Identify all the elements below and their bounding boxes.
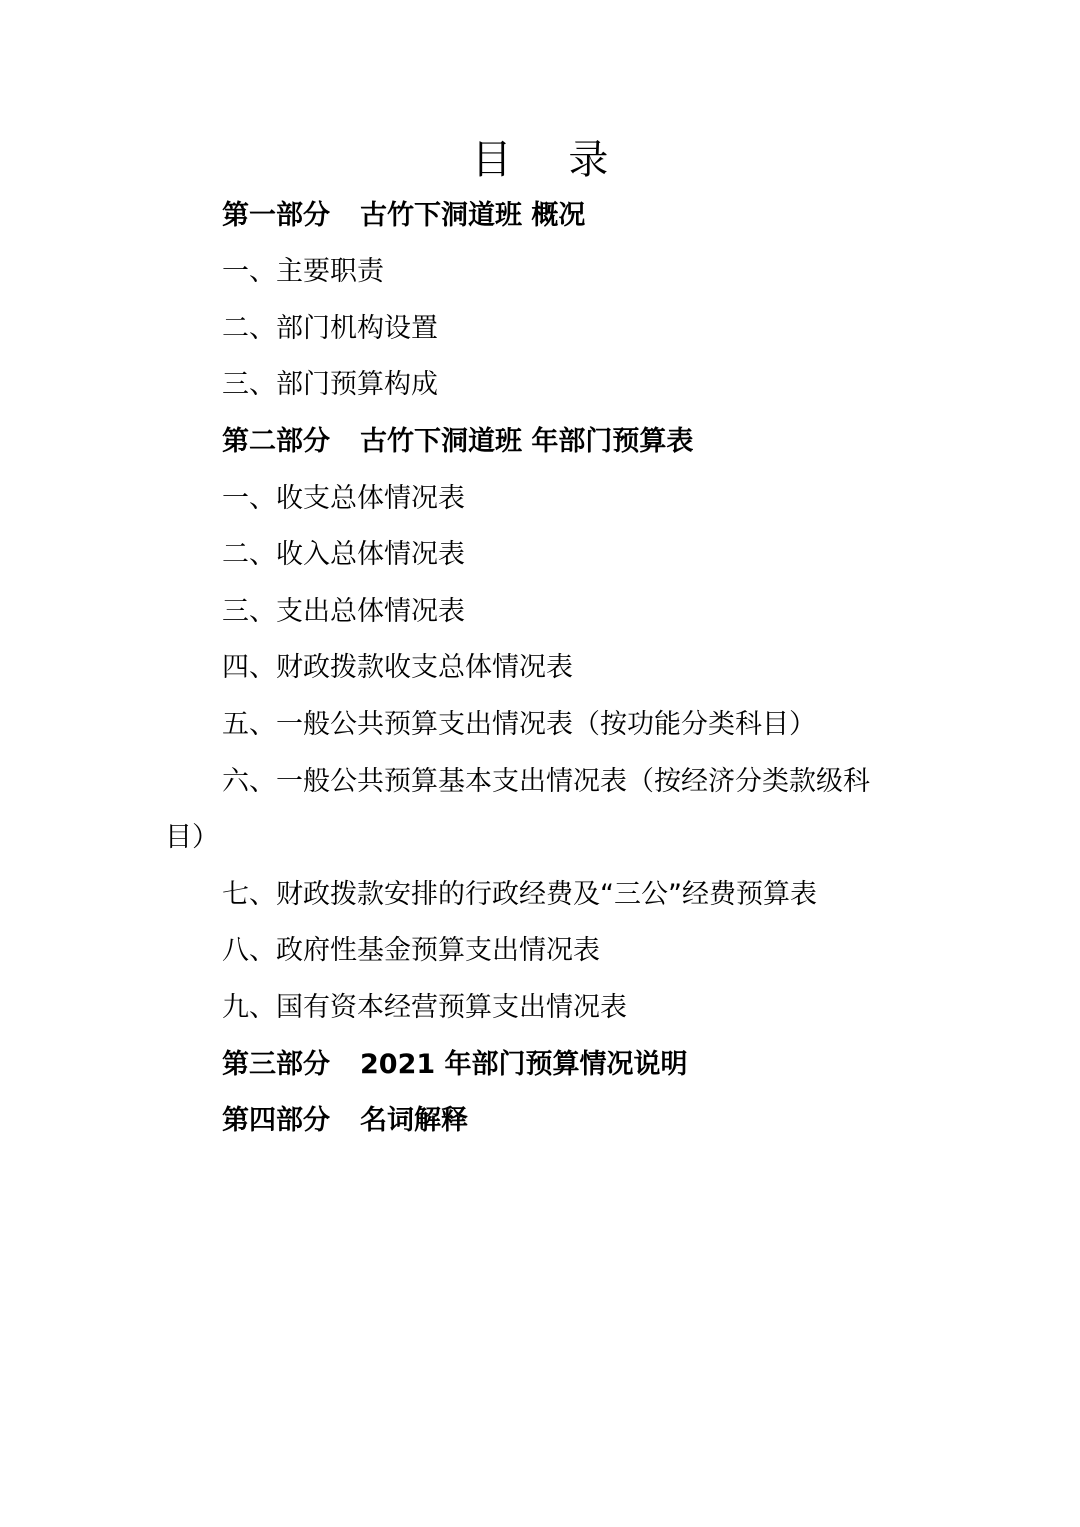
toc-part-4[interactable]: 第四部分名词解释	[222, 1103, 468, 1139]
toc-part-title: 古竹下洞道班 年部门预算表	[360, 426, 693, 457]
toc-item[interactable]: 九、国有资本经营预算支出情况表	[222, 990, 627, 1026]
toc-item[interactable]: 一、收支总体情况表	[222, 481, 465, 517]
toc-part-label: 第一部分	[222, 200, 330, 231]
toc-part-label: 第三部分	[222, 1049, 330, 1080]
toc-item[interactable]: 六、一般公共预算基本支出情况表（按经济分类款级科	[222, 764, 870, 800]
toc-item[interactable]: 三、部门预算构成	[222, 367, 438, 403]
toc-item-continuation[interactable]: 目）	[165, 820, 219, 856]
page-title: 目 录	[0, 134, 1080, 186]
toc-part-3[interactable]: 第三部分2021 年部门预算情况说明	[222, 1047, 688, 1083]
toc-item[interactable]: 二、部门机构设置	[222, 311, 438, 347]
toc-part-label: 第二部分	[222, 426, 330, 457]
toc-part-title: 名词解释	[360, 1105, 468, 1136]
toc-part-label: 第四部分	[222, 1105, 330, 1136]
toc-item[interactable]: 一、主要职责	[222, 254, 384, 290]
toc-item[interactable]: 三、支出总体情况表	[222, 594, 465, 630]
toc-part-title: 古竹下洞道班 概况	[360, 200, 585, 231]
toc-item[interactable]: 二、收入总体情况表	[222, 537, 465, 573]
toc-part-2[interactable]: 第二部分古竹下洞道班 年部门预算表	[222, 424, 693, 460]
toc-item[interactable]: 五、一般公共预算支出情况表（按功能分类科目）	[222, 707, 816, 743]
toc-item[interactable]: 四、财政拨款收支总体情况表	[222, 650, 573, 686]
toc-item[interactable]: 八、政府性基金预算支出情况表	[222, 933, 600, 969]
toc-part-title: 2021 年部门预算情况说明	[360, 1049, 688, 1080]
toc-item[interactable]: 七、财政拨款安排的行政经费及“三公”经费预算表	[222, 877, 817, 913]
toc-part-1[interactable]: 第一部分古竹下洞道班 概况	[222, 198, 585, 234]
